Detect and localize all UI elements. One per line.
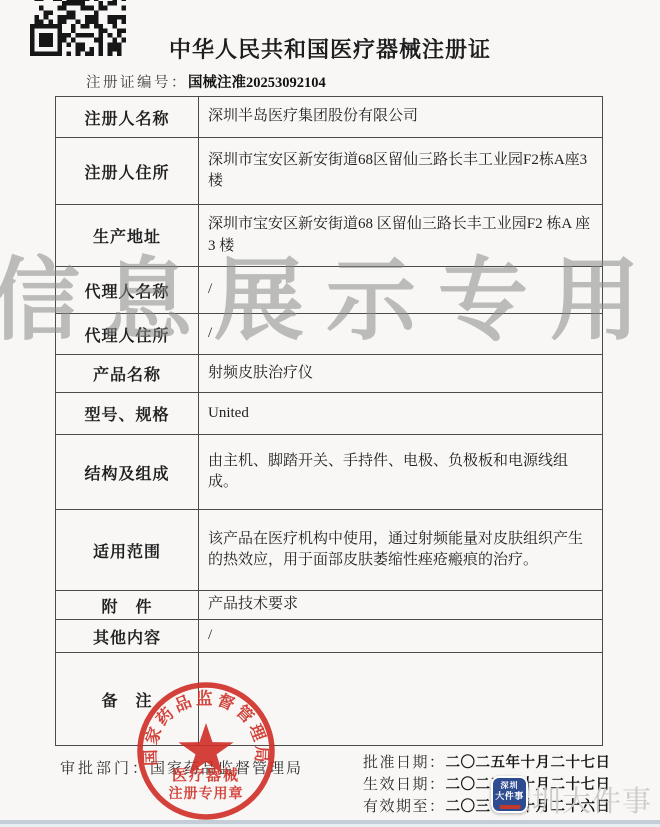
qr-code bbox=[30, 0, 126, 56]
row-label: 附 件 bbox=[56, 591, 199, 619]
row-label: 结构及组成 bbox=[56, 435, 199, 509]
row-label: 注册人住所 bbox=[56, 138, 199, 204]
approval-date-label: 批准日期： bbox=[363, 755, 446, 771]
row-value: / bbox=[199, 267, 602, 313]
table-row: 注册人名称 深圳半岛医疗集团股份有限公司 bbox=[56, 97, 602, 137]
news-app-logo-line2: 大件事 bbox=[493, 791, 526, 801]
stamp-star-icon bbox=[178, 723, 233, 774]
qr-code-svg bbox=[30, 0, 126, 56]
row-value: / bbox=[199, 314, 602, 354]
table-row: 结构及组成 由主机、脚踏开关、手持件、电极、负极板和电源线组成。 bbox=[56, 434, 602, 509]
row-label: 型号、规格 bbox=[56, 393, 199, 434]
table-row: 型号、规格 United bbox=[56, 392, 602, 434]
certificate-table: 注册人名称 深圳半岛医疗集团股份有限公司 注册人住所 深圳市宝安区新安街道68区… bbox=[55, 96, 603, 746]
table-row: 代理人住所 / bbox=[56, 313, 602, 354]
row-label: 生产地址 bbox=[56, 205, 199, 266]
row-label: 其他内容 bbox=[56, 620, 199, 652]
official-stamp: 国家药品监督管理局 医疗器械 注册专用章 bbox=[131, 676, 281, 826]
approval-date-value: 二〇二五年十月二十七日 bbox=[446, 755, 611, 771]
row-value: 深圳半岛医疗集团股份有限公司 bbox=[199, 97, 602, 137]
stamp-inner-line2: 注册专用章 bbox=[169, 785, 244, 802]
registration-number-label: 注册证编号： bbox=[86, 75, 188, 91]
news-app-logo-line1: 深圳 bbox=[493, 781, 526, 791]
row-value: United bbox=[199, 393, 602, 434]
row-value: / bbox=[199, 620, 602, 652]
approval-date-line: 批准日期：二〇二五年十月二十七日 bbox=[363, 752, 611, 774]
row-label: 产品名称 bbox=[56, 355, 199, 392]
table-row: 代理人名称 / bbox=[56, 266, 602, 313]
row-label: 代理人名称 bbox=[56, 267, 199, 313]
news-app-logo-bar bbox=[499, 805, 520, 809]
row-label: 注册人名称 bbox=[56, 97, 199, 137]
expiry-date-label: 有效期至： bbox=[363, 799, 446, 815]
effective-date-label: 生效日期： bbox=[363, 777, 446, 793]
row-value: 产品技术要求 bbox=[199, 591, 602, 619]
news-app-logo: 深圳 大件事 bbox=[491, 776, 528, 813]
table-row: 适用范围 该产品在医疗机构中使用，通过射频能量对皮肤组织产生的热效应，用于面部皮… bbox=[56, 509, 602, 590]
row-value: 深圳市宝安区新安街道68区留仙三路长丰工业园F2栋A座3楼 bbox=[199, 138, 602, 204]
row-value: 该产品在医疗机构中使用，通过射频能量对皮肤组织产生的热效应，用于面部皮肤萎缩性痤… bbox=[199, 510, 602, 590]
table-row: 注册人住所 深圳市宝安区新安街道68区留仙三路长丰工业园F2栋A座3楼 bbox=[56, 137, 602, 204]
table-row: 生产地址 深圳市宝安区新安街道68 区留仙三路长丰工业园F2 栋A 座3 楼 bbox=[56, 204, 602, 266]
row-label: 适用范围 bbox=[56, 510, 199, 590]
table-row: 附 件 产品技术要求 bbox=[56, 590, 602, 619]
row-value: 由主机、脚踏开关、手持件、电极、负极板和电源线组成。 bbox=[199, 435, 602, 509]
registration-number-value: 国械注准20253092104 bbox=[188, 75, 326, 91]
row-value: 深圳市宝安区新安街道68 区留仙三路长丰工业园F2 栋A 座3 楼 bbox=[199, 205, 602, 266]
table-row: 其他内容 / bbox=[56, 619, 602, 652]
stamp-inner-line1: 医疗器械 bbox=[172, 766, 240, 784]
certificate-page: 中华人民共和国医疗器械注册证 注册证编号：国械注准20253092104 注册人… bbox=[0, 0, 660, 827]
row-label: 代理人住所 bbox=[56, 314, 199, 354]
row-value: 射频皮肤治疗仪 bbox=[199, 355, 602, 392]
table-row: 产品名称 射频皮肤治疗仪 bbox=[56, 354, 602, 392]
registration-number-line: 注册证编号：国械注准20253092104 bbox=[86, 71, 326, 92]
